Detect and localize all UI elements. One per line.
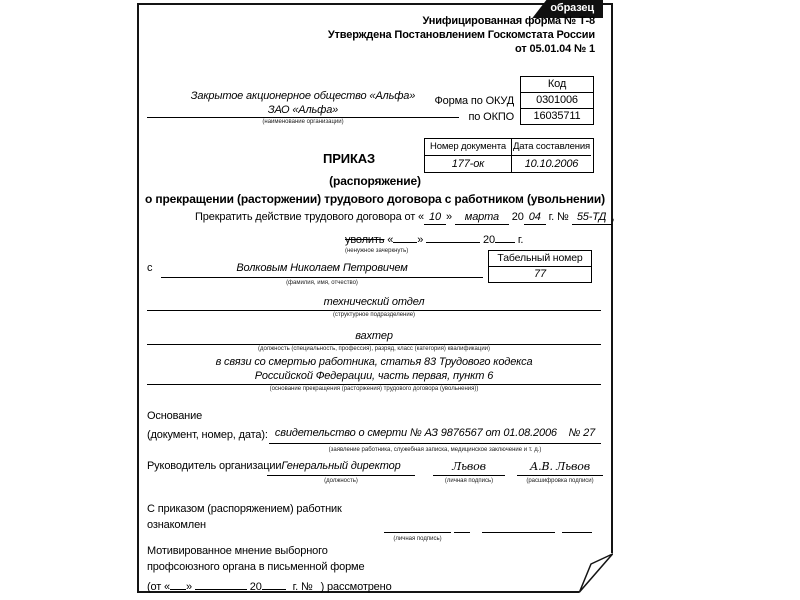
union-line3-post: ) рассмотрено [321, 581, 392, 593]
dismiss-year-suffix: г. [518, 234, 523, 246]
basis-label-2: (документ, номер, дата): [147, 429, 268, 441]
form-t8-page: образец Унифицированная форма № Т-8 Утве… [137, 3, 613, 593]
acquaint-line1: С приказом (распоряжением) работник [147, 503, 342, 515]
director-signature-field: Львов [433, 460, 505, 476]
terminate-prefix: Прекратить действие трудового договора о… [195, 211, 424, 223]
blank-line [426, 229, 480, 243]
department-value: технический отдел [147, 296, 601, 311]
folded-corner [579, 553, 613, 593]
union-line3-pre: (от « [147, 581, 170, 593]
reason-line1: в связи со смертью работника, статья 83 … [147, 356, 601, 370]
acquaint-caption: (личная подпись) [384, 535, 451, 543]
acquaint-line2: ознакомлен [147, 519, 206, 531]
director-name-field: А.В. Львов [517, 460, 603, 476]
director-position-field: Генеральный директор [267, 460, 415, 476]
director-name-caption: (расшифровка подписи) [517, 477, 603, 485]
title-subject: о прекращении (расторжении) трудового до… [139, 192, 611, 206]
tab-number-box: Табельный номер 77 [488, 250, 592, 283]
basis-value-field: свидетельство о смерти № АЗ 9876567 от 0… [269, 427, 601, 444]
blank-line [170, 576, 186, 590]
dismiss-year-prefix: 20 [483, 234, 495, 246]
terminate-line: Прекратить действие трудового договора о… [139, 211, 611, 225]
employee-caption: (фамилия, имя, отчество) [161, 279, 483, 287]
dismiss-word-struck: уволить(ненужное зачеркнуть) [345, 234, 384, 246]
okud-value: 0301006 [520, 92, 594, 109]
form-date-line: от 05.01.04 № 1 [328, 42, 595, 56]
director-position-caption: (должность) [267, 477, 415, 485]
employee-prefix: с [147, 262, 152, 274]
tab-number-value: 77 [488, 266, 592, 283]
organization-block: Закрытое акционерное общество «Альфа» ЗА… [147, 90, 459, 126]
title-rasporyazhenie: (распоряжение) [139, 174, 611, 188]
terminate-year-field: 04 [524, 211, 546, 225]
form-header: Унифицированная форма № Т-8 Утверждена П… [328, 14, 595, 56]
terminate-quote: » [446, 211, 452, 223]
department-field: технический отдел (структурное подраздел… [147, 296, 601, 319]
organization-short-name: ЗАО «Альфа» [147, 104, 459, 118]
terminate-year-prefix: 20 [512, 211, 524, 223]
terminate-month-field: марта [455, 211, 509, 225]
blank-line [562, 519, 592, 533]
dismiss-line: уволить(ненужное зачеркнуть) «» 20 г. [345, 229, 523, 246]
director-label: Руководитель организации [147, 460, 281, 472]
dismiss-caption: (ненужное зачеркнуть) [345, 247, 431, 255]
terminate-docno-field: 55-ТД [572, 211, 612, 225]
blank-line [454, 519, 470, 533]
blank-line [495, 229, 515, 243]
basis-label-1: Основание [147, 410, 202, 422]
position-value: вахтер [147, 330, 601, 345]
department-caption: (структурное подразделение) [147, 311, 601, 319]
union-line3-year: 20 [250, 581, 262, 593]
terminate-mid: г. № [549, 211, 569, 223]
organization-caption: (наименование организации) [147, 118, 459, 126]
codes-header-cell: Код [520, 76, 594, 93]
union-line3-mid: г. № [293, 581, 313, 593]
basis-caption: (заявление работника, служебная записка,… [269, 446, 601, 454]
union-line2: профсоюзного органа в письменной форме [147, 561, 364, 573]
blank-line [393, 229, 417, 243]
union-line3: (от «» 20 г. №) рассмотрено [147, 576, 392, 593]
blank-line [384, 519, 451, 533]
form-approved-line: Утверждена Постановлением Госкомстата Ро… [328, 28, 595, 42]
tab-number-header: Табельный номер [488, 250, 592, 267]
reason-field: в связи со смертью работника, статья 83 … [147, 356, 601, 393]
terminate-day-field: 10 [424, 211, 446, 225]
employee-name-field: Волковым Николаем Петровичем [161, 262, 483, 278]
form-name-line: Унифицированная форма № Т-8 [328, 14, 595, 28]
reason-line2: Российской Федерации, часть первая, пунк… [147, 370, 601, 385]
reason-caption: (основание прекращения (расторжения) тру… [147, 385, 601, 393]
okpo-value: 16035711 [520, 108, 594, 125]
position-caption: (должность (специальность, профессия), р… [147, 345, 601, 353]
blank-line [195, 576, 247, 590]
title-prikaz: ПРИКАЗ [139, 151, 559, 166]
union-line3-quote: » [186, 581, 192, 593]
union-line1: Мотивированное мнение выборного [147, 545, 328, 557]
dismiss-quote-close: » [417, 234, 423, 246]
blank-line [482, 519, 555, 533]
terminate-suffix: , [612, 211, 615, 223]
blank-line [262, 576, 286, 590]
director-signature-caption: (личная подпись) [433, 477, 505, 485]
organization-full-name: Закрытое акционерное общество «Альфа» [147, 90, 459, 104]
position-field: вахтер (должность (специальность, профес… [147, 330, 601, 353]
